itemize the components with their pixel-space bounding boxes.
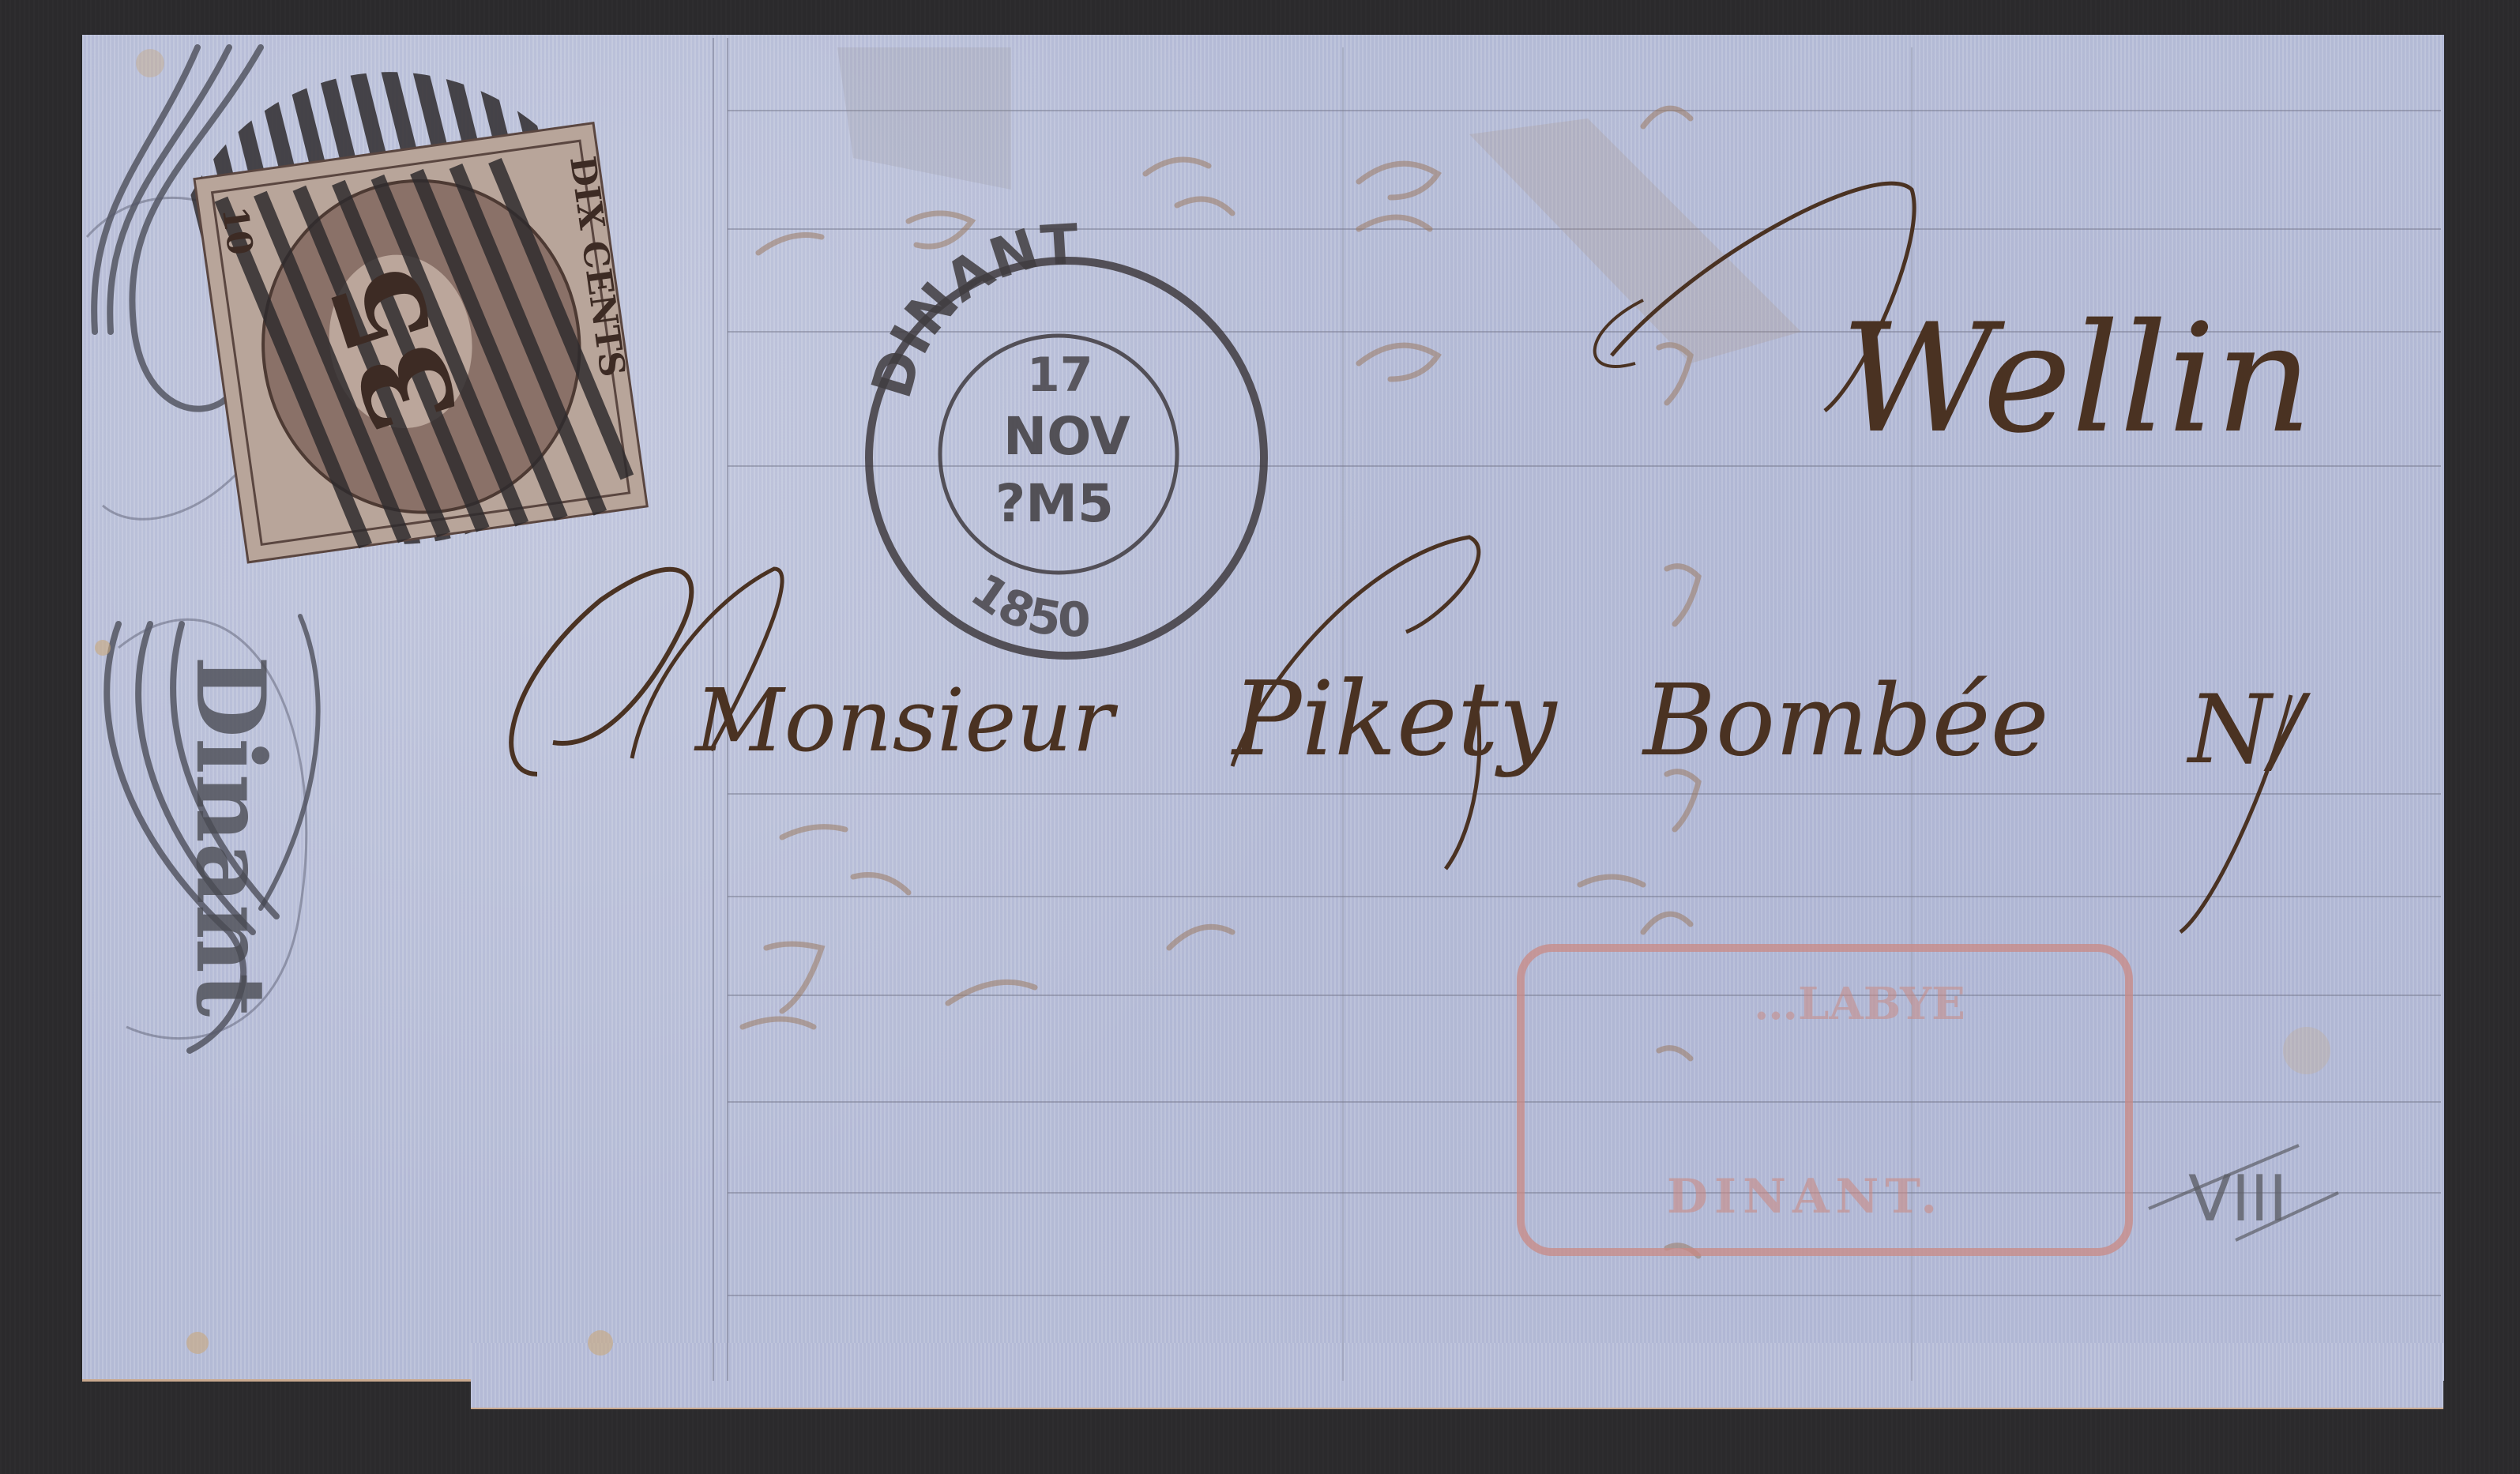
stamp-value-corner: 10 bbox=[214, 204, 261, 258]
printed-town-name: Dinant bbox=[175, 656, 286, 1017]
cover-markings: Dinant bbox=[0, 0, 2520, 1474]
paper-stain bbox=[837, 47, 1011, 190]
address-trailing-mark: N/ bbox=[2186, 675, 2311, 785]
address-destination: Wellin bbox=[1841, 291, 2312, 466]
sender-cachet: …LABYE DINANT. bbox=[1521, 948, 2129, 1252]
address-place: Bombée bbox=[1642, 664, 2049, 778]
cachet-line2: DINANT. bbox=[1667, 1169, 1943, 1224]
cachet-line1: …LABYE bbox=[1754, 978, 1965, 1030]
handwritten-address: Wellin Monsieur Pikety Bombée N/ bbox=[511, 183, 2312, 932]
postmark-month: NOV bbox=[1003, 406, 1130, 467]
postmark-time: ?M5 bbox=[995, 473, 1114, 534]
address-salutation: Monsieur bbox=[694, 670, 1119, 771]
scan-scene: Dinant bbox=[0, 0, 2520, 1474]
postmark-day: 17 bbox=[1027, 348, 1093, 403]
postage-stamp: 35 DIX CENTS 10 bbox=[194, 122, 651, 562]
